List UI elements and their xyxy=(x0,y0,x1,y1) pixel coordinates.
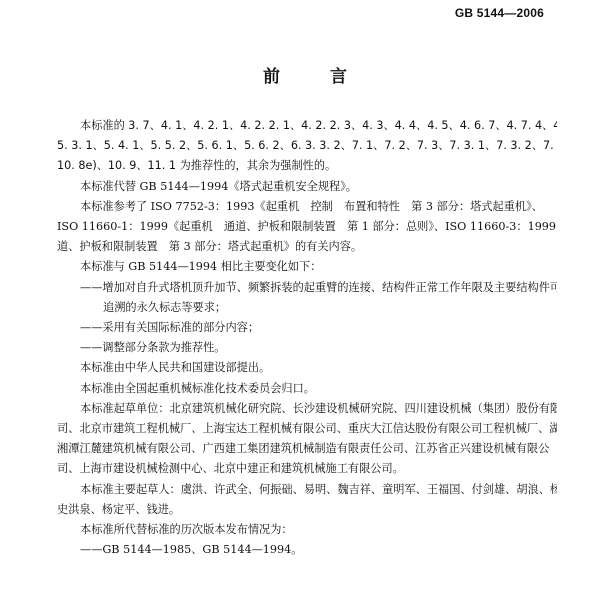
paragraph-changes-intro: 本标准与 GB 5144—1994 相比主要变化如下： xyxy=(57,257,557,277)
text-line: 湘潭江麓建筑机械有限公司、广西建工集团建筑机械制造有限责任公司、江苏省正兴建设机… xyxy=(57,439,557,459)
text-line: 本标准参考了 ISO 7752-3：1993《起重机 控制 布置和特性 第 3 … xyxy=(57,197,557,217)
text-line: 本标准的 3. 7、4. 1、4. 2. 1、4. 2. 2. 1、4. 2. … xyxy=(57,116,557,136)
text-line: 史洪泉、杨定平、钱进。 xyxy=(57,500,557,520)
text-line: ISO 11660-1：1999《起重机 通道、护板和限制装置 第 1 部分：总… xyxy=(57,217,557,237)
text-line: 道、护板和限制装置 第 3 部分：塔式起重机》的有关内容。 xyxy=(57,237,557,257)
text-line: 5. 3. 1、5. 4. 1、5. 5. 2、5. 6. 1、5. 6. 2、… xyxy=(57,136,557,156)
text-line: 司、上海市建设机械检测中心、北京中建正和建筑机械施工有限公司。 xyxy=(57,459,557,479)
standard-code: GB 5144—2006 xyxy=(455,6,544,20)
title-char-2: 言 xyxy=(330,62,347,87)
paragraph-history-versions: ——GB 5144—1985、GB 5144—1994。 xyxy=(57,540,557,560)
change-item: ——采用有关国际标准的部分内容； xyxy=(57,318,557,338)
text-line: 司、北京市建筑工程机械厂、上海宝达工程机械有限公司、重庆大江信达股份有限公司工程… xyxy=(57,419,557,439)
text-line: 本标准主要起草人：虞洪、许武全、何振础、易明、魏吉祥、童明军、王福国、付剑雄、胡… xyxy=(57,480,557,500)
change-item: ——调整部分条款为推荐性。 xyxy=(57,338,557,358)
text-line: 本标准起草单位：北京建筑机械化研究院、长沙建设机械研究院、四川建设机械（集团）股… xyxy=(57,399,557,419)
paragraph-proposed-by: 本标准由中华人民共和国建设部提出。 xyxy=(57,358,557,378)
paragraph-recommended-clauses: 本标准的 3. 7、4. 1、4. 2. 1、4. 2. 2. 1、4. 2. … xyxy=(57,116,557,177)
change-item: ——增加对自升式塔机顶升加节、频繁拆装的起重臂的连接、结构件正常工作年限及主要结… xyxy=(57,278,557,298)
paragraph-drafters: 本标准主要起草人：虞洪、许武全、何振础、易明、魏吉祥、童明军、王福国、付剑雄、胡… xyxy=(57,480,557,520)
change-item-continued: 追溯的永久标志等要求； xyxy=(57,298,557,318)
foreword-body: 本标准的 3. 7、4. 1、4. 2. 1、4. 2. 2. 1、4. 2. … xyxy=(57,116,557,560)
paragraph-drafting-units: 本标准起草单位：北京建筑机械化研究院、长沙建设机械研究院、四川建设机械（集团）股… xyxy=(57,399,557,480)
paragraph-references: 本标准参考了 ISO 7752-3：1993《起重机 控制 布置和特性 第 3 … xyxy=(57,197,557,258)
title-char-1: 前 xyxy=(263,62,280,87)
page-title: 前言 xyxy=(0,62,610,87)
paragraph-administered-by: 本标准由全国起重机械标准化技术委员会归口。 xyxy=(57,379,557,399)
text-line: 10. 8e)、10. 9、11. 1 为推荐性的，其余为强制性的。 xyxy=(57,156,557,176)
paragraph-history-intro: 本标准所代替标准的历次版本发布情况为： xyxy=(57,520,557,540)
paragraph-replaces: 本标准代替 GB 5144—1994《塔式起重机安全规程》。 xyxy=(57,177,557,197)
changes-list: ——增加对自升式塔机顶升加节、频繁拆装的起重臂的连接、结构件正常工作年限及主要结… xyxy=(57,278,557,359)
